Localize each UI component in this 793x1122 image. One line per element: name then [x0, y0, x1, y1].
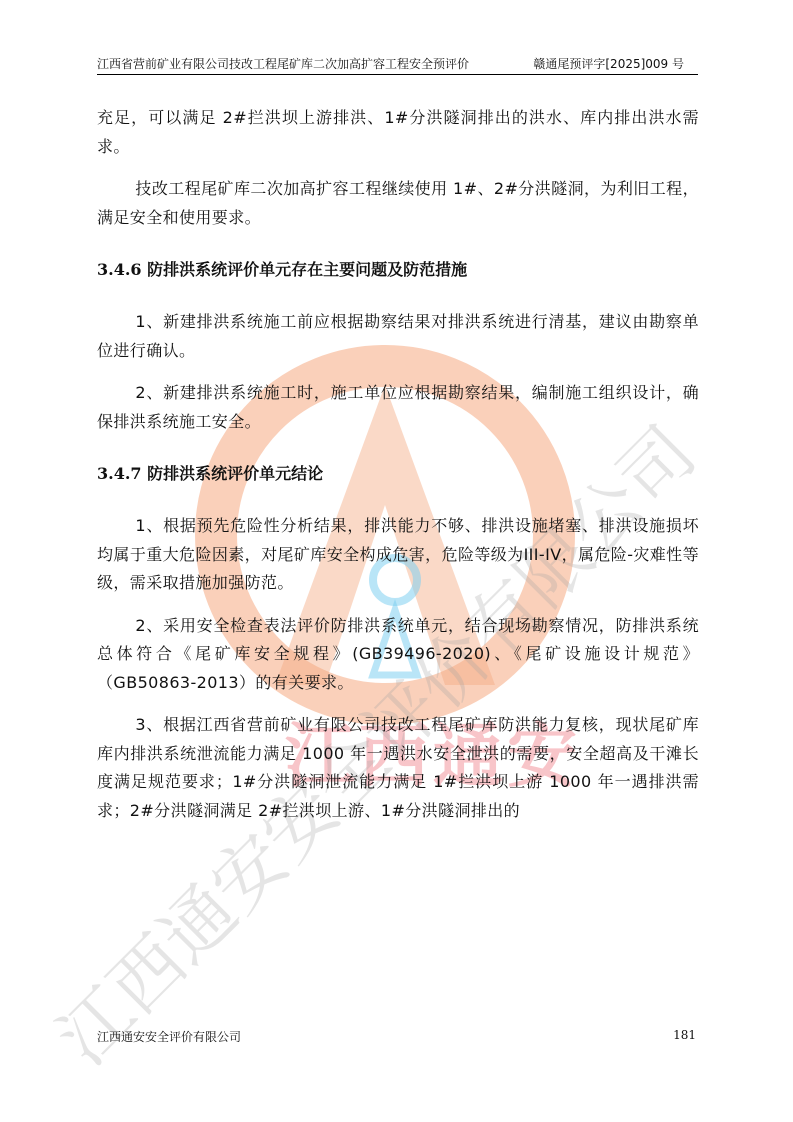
- paragraph: 充足，可以满足 2#拦洪坝上游排洪、1#分洪隧洞排出的洪水、库内排出洪水需求。: [97, 104, 699, 161]
- footer-company: 江西通安安全评价有限公司: [97, 1028, 241, 1045]
- document-body: 充足，可以满足 2#拦洪坝上游排洪、1#分洪隧洞排出的洪水、库内排出洪水需求。 …: [97, 104, 699, 825]
- document-page: 江西通安 江西通安安全评价有限公司 江西省营前矿业有限公司技改工程尾矿库二次加高…: [0, 0, 793, 1122]
- list-item: 3、根据江西省营前矿业有限公司技改工程尾矿库防洪能力复核，现状尾矿库库内排洪系统…: [97, 711, 699, 825]
- page-header: 江西省营前矿业有限公司技改工程尾矿库二次加高扩容工程安全预评价 赣通尾预评字[2…: [97, 56, 698, 75]
- section-heading-3-4-7: 3.4.7 防排洪系统评价单元结论: [97, 460, 699, 488]
- header-title: 江西省营前矿业有限公司技改工程尾矿库二次加高扩容工程安全预评价: [97, 56, 469, 72]
- list-item: 1、根据预先危险性分析结果，排洪能力不够、排洪设施堵塞、排洪设施损坏均属于重大危…: [97, 512, 699, 598]
- list-item: 2、新建排洪系统施工时，施工单位应根据勘察结果，编制施工组织设计，确保排洪系统施…: [97, 379, 699, 436]
- page-number: 181: [673, 1028, 696, 1042]
- list-item: 1、新建排洪系统施工前应根据勘察结果对排洪系统进行清基，建议由勘察单位进行确认。: [97, 308, 699, 365]
- header-doc-number: 赣通尾预评字[2025]009 号: [533, 56, 684, 72]
- list-item: 2、采用安全检查表法评价防排洪系统单元，结合现场勘察情况，防排洪系统总体符合《尾…: [97, 612, 699, 698]
- paragraph: 技改工程尾矿库二次加高扩容工程继续使用 1#、2#分洪隧洞，为利旧工程，满足安全…: [97, 175, 699, 232]
- section-heading-3-4-6: 3.4.6 防排洪系统评价单元存在主要问题及防范措施: [97, 256, 699, 284]
